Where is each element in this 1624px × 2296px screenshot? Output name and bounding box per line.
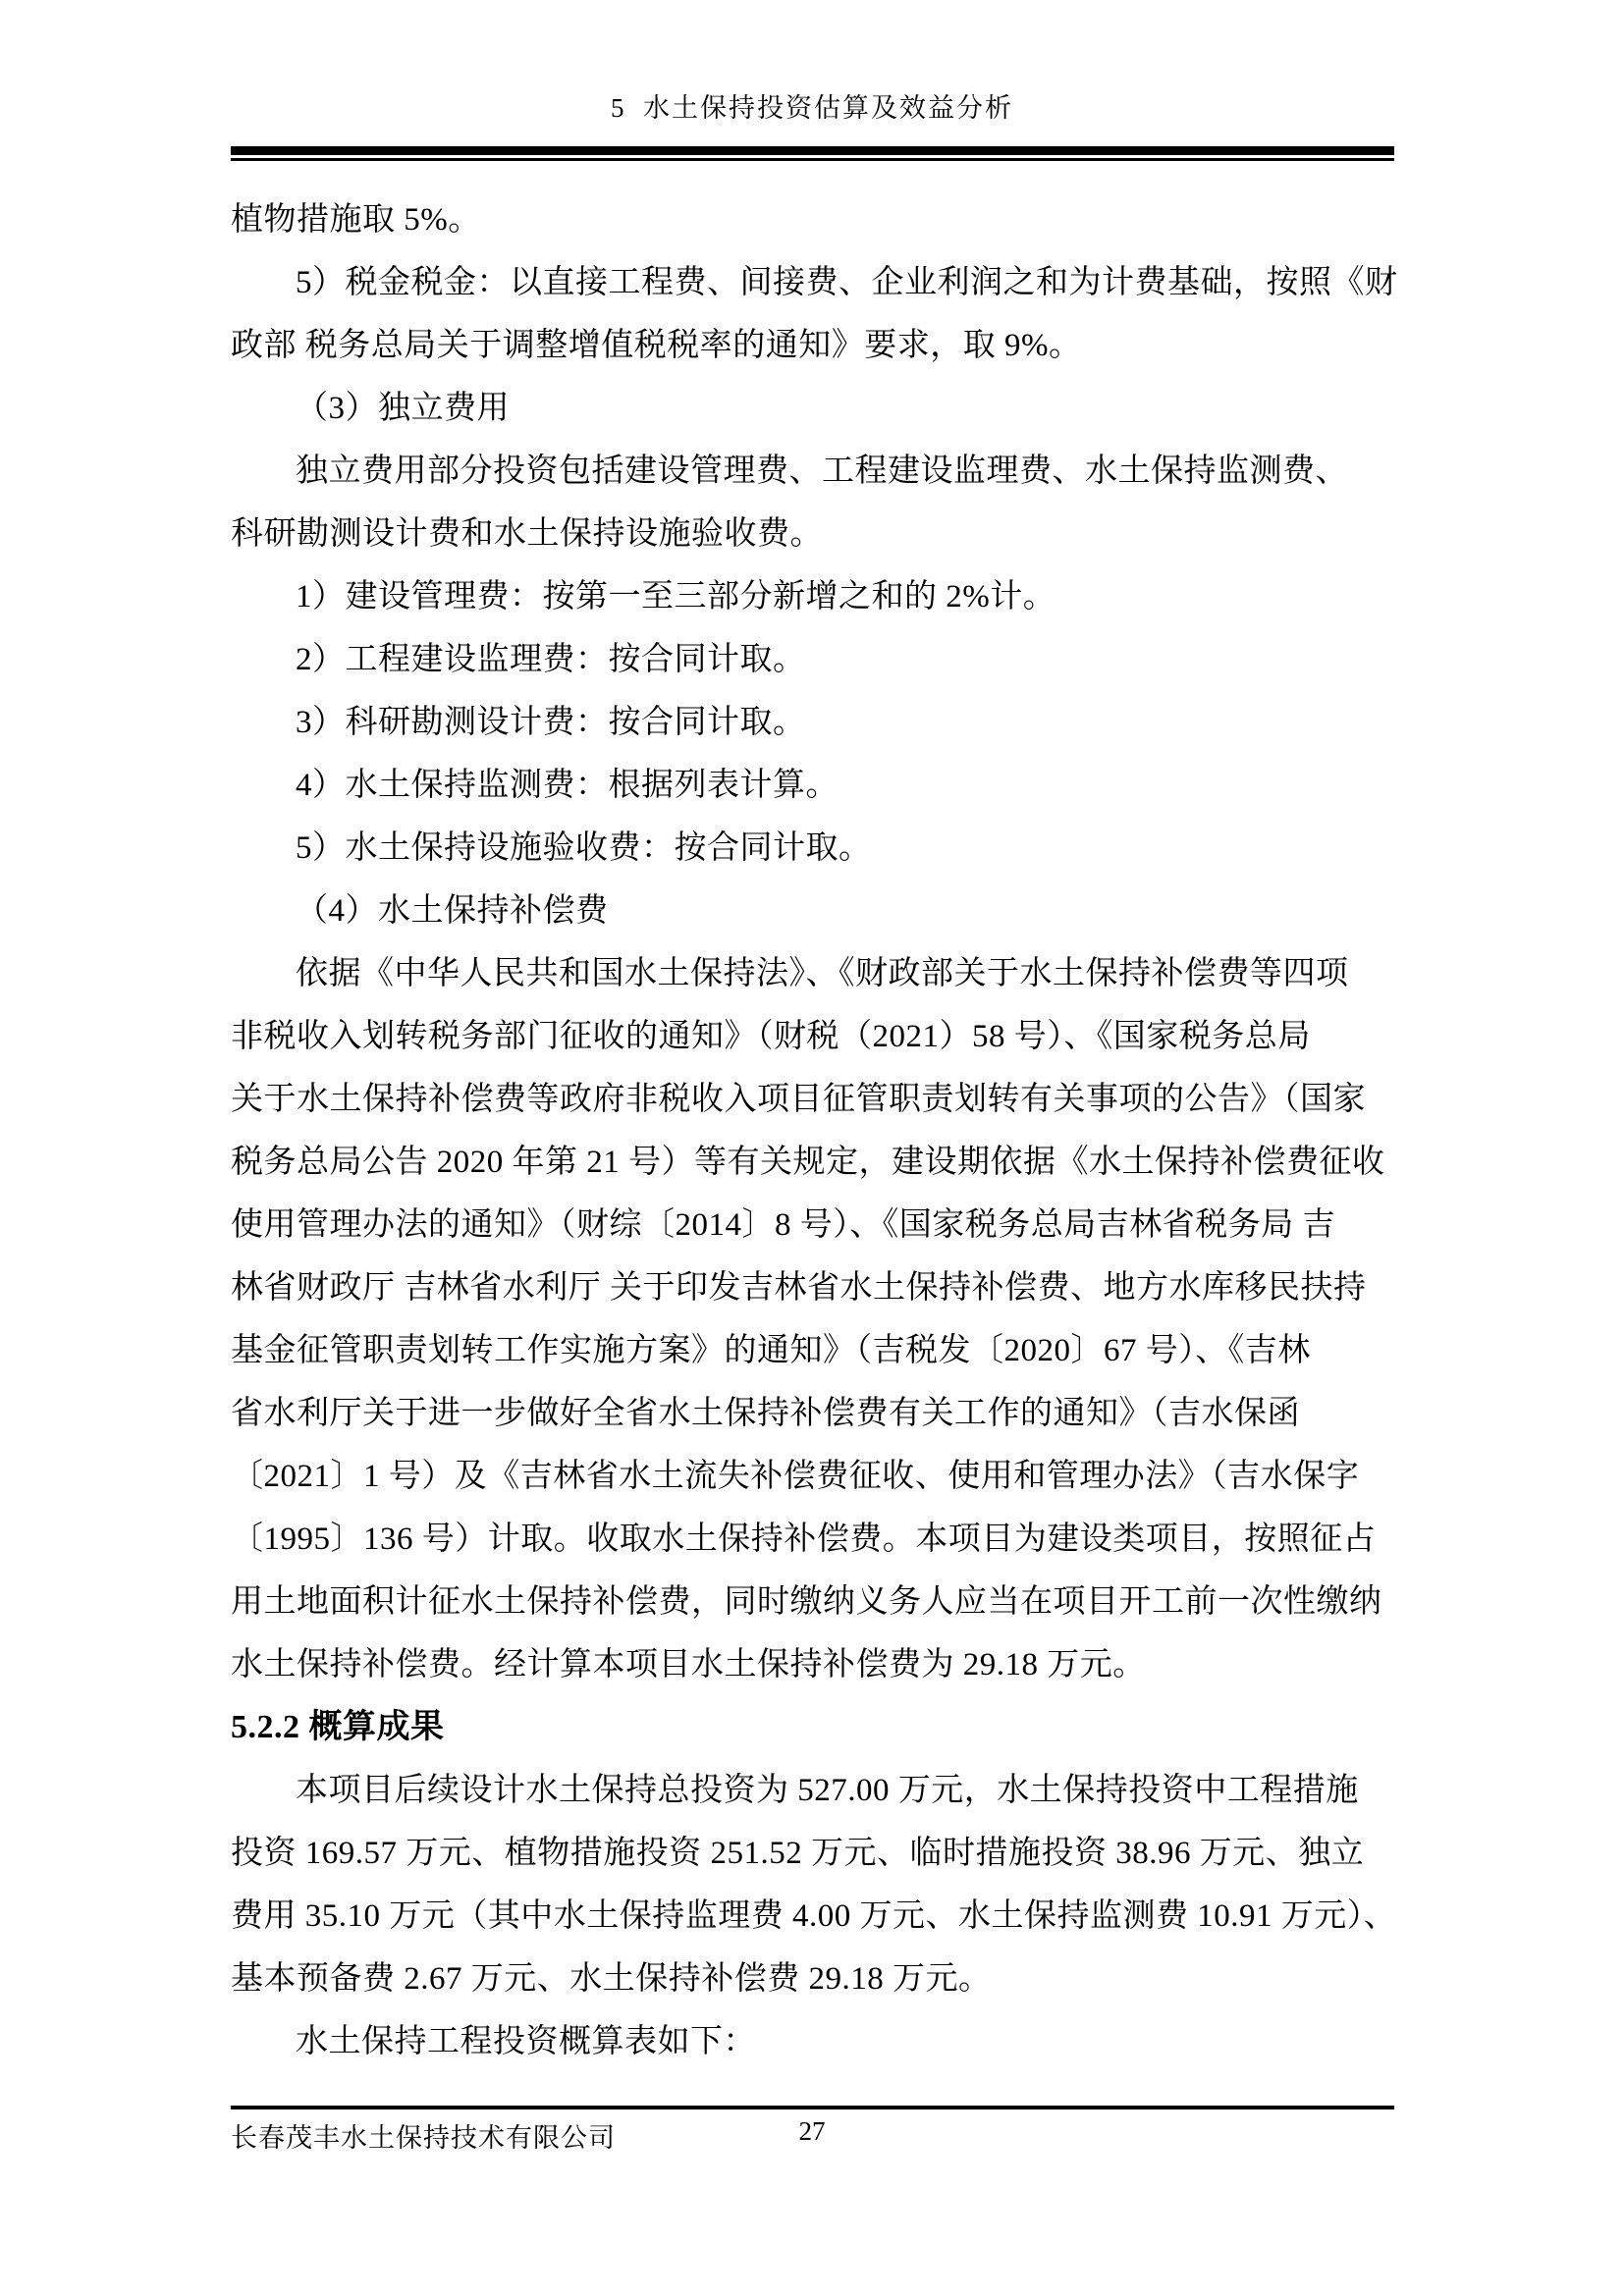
text-line: 〔2021〕1 号）及《吉林省水土流失补偿费征收、使用和管理办法》（吉水保字 <box>231 1445 1394 1508</box>
text-line: 2）工程建设监理费：按合同计取。 <box>231 628 1394 691</box>
text-line: 科研勘测设计费和水土保持设施验收费。 <box>231 503 1394 565</box>
text-line: 林省财政厅 吉林省水利厅 关于印发吉林省水土保持补偿费、地方水库移民扶持 <box>231 1256 1394 1319</box>
text-line: 投资 169.57 万元、植物措施投资 251.52 万元、临时措施投资 38.… <box>231 1822 1394 1885</box>
text-line: 本项目后续设计水土保持总投资为 527.00 万元，水土保持投资中工程措施 <box>231 1759 1394 1822</box>
document-body: 植物措施取 5%。5）税金税金：以直接工程费、间接费、企业利润之和为计费基础，按… <box>231 188 1394 2073</box>
text-line: 5）税金税金：以直接工程费、间接费、企业利润之和为计费基础，按照《财 <box>231 251 1394 314</box>
text-line: 5）水土保持设施验收费：按合同计取。 <box>231 817 1394 880</box>
footer-divider-rule <box>231 2106 1394 2109</box>
text-line: 〔1995〕136 号）计取。收取水土保持补偿费。本项目为建设类项目，按照征占 <box>231 1508 1394 1571</box>
text-line: 水土保持工程投资概算表如下： <box>231 2010 1394 2073</box>
text-line: 依据《中华人民共和国水土保持法》、《财政部关于水土保持补偿费等四项 <box>231 942 1394 1005</box>
page-header-chapter-title: 5 水土保持投资估算及效益分析 <box>0 86 1624 125</box>
text-line: 独立费用部分投资包括建设管理费、工程建设监理费、水土保持监测费、 <box>231 440 1394 503</box>
text-line: 非税收入划转税务部门征收的通知》（财税（2021）58 号）、《国家税务总局 <box>231 1005 1394 1068</box>
section-heading: 5.2.2 概算成果 <box>231 1696 1394 1759</box>
text-line: （4）水土保持补偿费 <box>231 880 1394 942</box>
text-line: 水土保持补偿费。经计算本项目水土保持补偿费为 29.18 万元。 <box>231 1633 1394 1696</box>
text-line: 使用管理办法的通知》（财综〔2014〕8 号）、《国家税务总局吉林省税务局 吉 <box>231 1194 1394 1256</box>
text-line: 关于水土保持补偿费等政府非税收入项目征管职责划转有关事项的公告》（国家 <box>231 1068 1394 1131</box>
text-line: 基金征管职责划转工作实施方案》的通知》（吉税发〔2020〕67 号）、《吉林 <box>231 1319 1394 1382</box>
text-line: （3）独立费用 <box>231 377 1394 440</box>
text-line: 用土地面积计征水土保持补偿费，同时缴纳义务人应当在项目开工前一次性缴纳 <box>231 1571 1394 1633</box>
text-line: 基本预备费 2.67 万元、水土保持补偿费 29.18 万元。 <box>231 1948 1394 2010</box>
text-line: 政部 税务总局关于调整增值税税率的通知》要求，取 9%。 <box>231 314 1394 377</box>
document-page: 5 水土保持投资估算及效益分析 植物措施取 5%。5）税金税金：以直接工程费、间… <box>0 0 1624 2296</box>
text-line: 3）科研勘测设计费：按合同计取。 <box>231 691 1394 754</box>
text-line: 1）建设管理费：按第一至三部分新增之和的 2%计。 <box>231 565 1394 628</box>
text-line: 植物措施取 5%。 <box>231 188 1394 251</box>
text-line: 费用 35.10 万元（其中水土保持监理费 4.00 万元、水土保持监测费 10… <box>231 1885 1394 1948</box>
header-divider-rule <box>231 146 1394 161</box>
text-line: 省水利厅关于进一步做好全省水土保持补偿费有关工作的通知》（吉水保函 <box>231 1382 1394 1445</box>
text-line: 4）水土保持监测费：根据列表计算。 <box>231 754 1394 817</box>
text-line: 税务总局公告 2020 年第 21 号）等有关规定，建设期依据《水土保持补偿费征… <box>231 1131 1394 1194</box>
footer-page-number: 27 <box>0 2116 1624 2147</box>
